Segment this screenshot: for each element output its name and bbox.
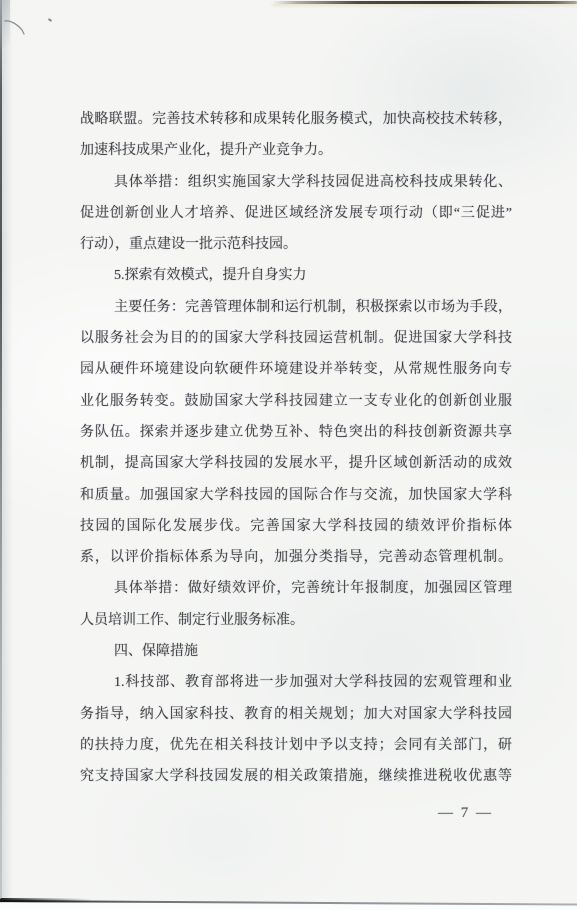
text-line: 系，以评价指标体系为导向，加强分类指导，完善动态管理机制。 [80, 542, 512, 573]
text-line: 以服务社会为目的的国家大学科技园运营机制。促进国家大学科技 [80, 323, 512, 354]
text-line: 具体举措：组织实施国家大学科技园促进高校科技成果转化、 [80, 167, 512, 198]
text-line: 促进创新创业人才培养、促进区域经济发展专项行动（即“三促进” [80, 198, 512, 229]
text-line: 业化服务转变。鼓励国家大学科技园建立一支专业化的创新创业服 [80, 386, 512, 417]
document-body: 战略联盟。完善技术转移和成果转化服务模式，加快高校技术转移，加速科技成果产业化，… [80, 104, 512, 793]
scan-speck [48, 18, 52, 22]
text-line: 机制，提高国家大学科技园的发展水平，提升区域创新活动的成效 [80, 448, 512, 479]
text-line: 1.科技部、教育部将进一步加强对大学科技园的宏观管理和业 [80, 667, 512, 698]
scan-bottom-edge-dark-tip [0, 898, 92, 903]
text-line: 具体举措：做好绩效评价，完善统计年报制度，加强园区管理 [80, 573, 512, 604]
text-line: 技园的国际化发展步伐。完善国家大学科技园的绩效评价指标体 [80, 511, 512, 542]
scanned-document-page: 战略联盟。完善技术转移和成果转化服务模式，加快高校技术转移，加速科技成果产业化，… [0, 0, 577, 910]
text-line: 和质量。加强国家大学科技园的国际合作与交流，加快国家大学科 [80, 480, 512, 511]
text-line: 行动），重点建设一批示范科技园。 [80, 229, 512, 260]
text-line: 战略联盟。完善技术转移和成果转化服务模式，加快高校技术转移， [80, 104, 512, 135]
scan-top-edge-line [272, 1, 577, 4]
text-line: 四、保障措施 [80, 636, 512, 667]
scan-scratch-mark [2, 17, 32, 43]
text-line: 主要任务：完善管理体制和运行机制，积极探索以市场为手段， [80, 292, 512, 323]
text-line: 5.探索有效模式，提升自身实力 [80, 260, 512, 291]
text-line: 务指导，纳入国家科技、教育的相关规划；加大对国家大学科技园 [80, 699, 512, 730]
text-line: 究支持国家大学科技园发展的相关政策措施，继续推进税收优惠等 [80, 761, 512, 792]
text-line: 的扶持力度，优先在相关科技计划中予以支持；会同有关部门，研 [80, 730, 512, 761]
page-number: — 7 — [438, 805, 493, 822]
scan-left-edge-line [0, 0, 2, 900]
text-line: 人员培训工作、制定行业服务标准。 [80, 605, 512, 636]
text-line: 务队伍。探索并逐步建立优势互补、特色突出的科技创新资源共享 [80, 417, 512, 448]
text-line: 加速科技成果产业化，提升产业竞争力。 [80, 135, 512, 166]
text-line: 园从硬件环境建设向软硬件环境建设并举转变，从常规性服务向专 [80, 354, 512, 385]
